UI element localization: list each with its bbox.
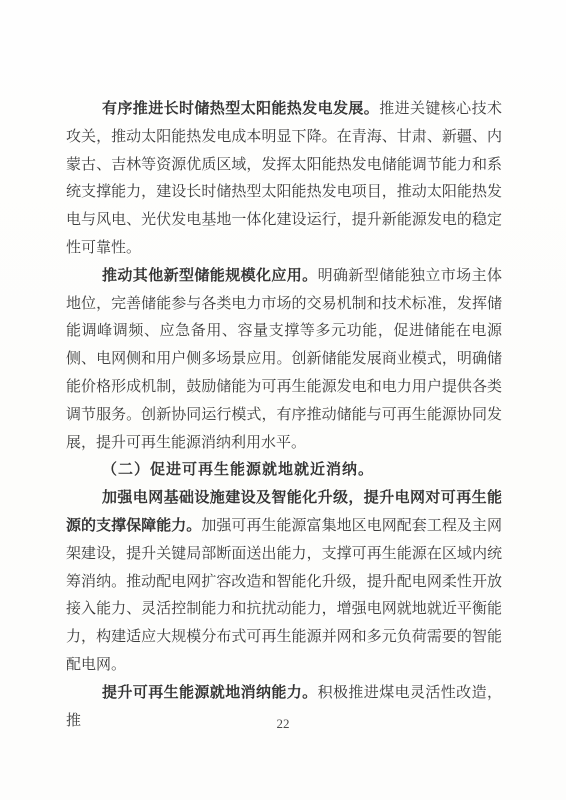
paragraph-body: 推进关键核心技术攻关，推动太阳能热发电成本明显下降。在青海、甘肃、新疆、内蒙古、… (66, 101, 502, 256)
document-page: 有序推进长时储热型太阳能热发电发展。推进关键核心技术攻关，推动太阳能热发电成本明… (0, 0, 566, 800)
paragraph: 推动其他新型储能规模化应用。明确新型储能独立市场主体地位，完善储能参与各类电力市… (66, 263, 502, 458)
paragraph-lead: 推动其他新型储能规模化应用。 (102, 268, 318, 284)
page-number: 22 (0, 716, 566, 732)
paragraph-body: 加强可再生能源富集地区电网配套工程及主网架建设，提升关键局部断面送出能力，支撑可… (66, 518, 502, 673)
page-content: 有序推进长时储热型太阳能热发电发展。推进关键核心技术攻关，推动太阳能热发电成本明… (66, 96, 502, 735)
section-heading: （二）促进可再生能源就地就近消纳。 (66, 457, 502, 485)
paragraph-lead: 有序推进长时储热型太阳能热发电发展。 (102, 101, 379, 117)
paragraph-lead: 提升可再生能源就地消纳能力。 (102, 685, 318, 701)
paragraph-body: 明确新型储能独立市场主体地位，完善储能参与各类电力市场的交易机制和技术标准，发挥… (66, 268, 502, 451)
paragraph: 加强电网基础设施建设及智能化升级，提升电网对可再生能源的支撑保障能力。加强可再生… (66, 485, 502, 680)
paragraph: 有序推进长时储热型太阳能热发电发展。推进关键核心技术攻关，推动太阳能热发电成本明… (66, 96, 502, 263)
